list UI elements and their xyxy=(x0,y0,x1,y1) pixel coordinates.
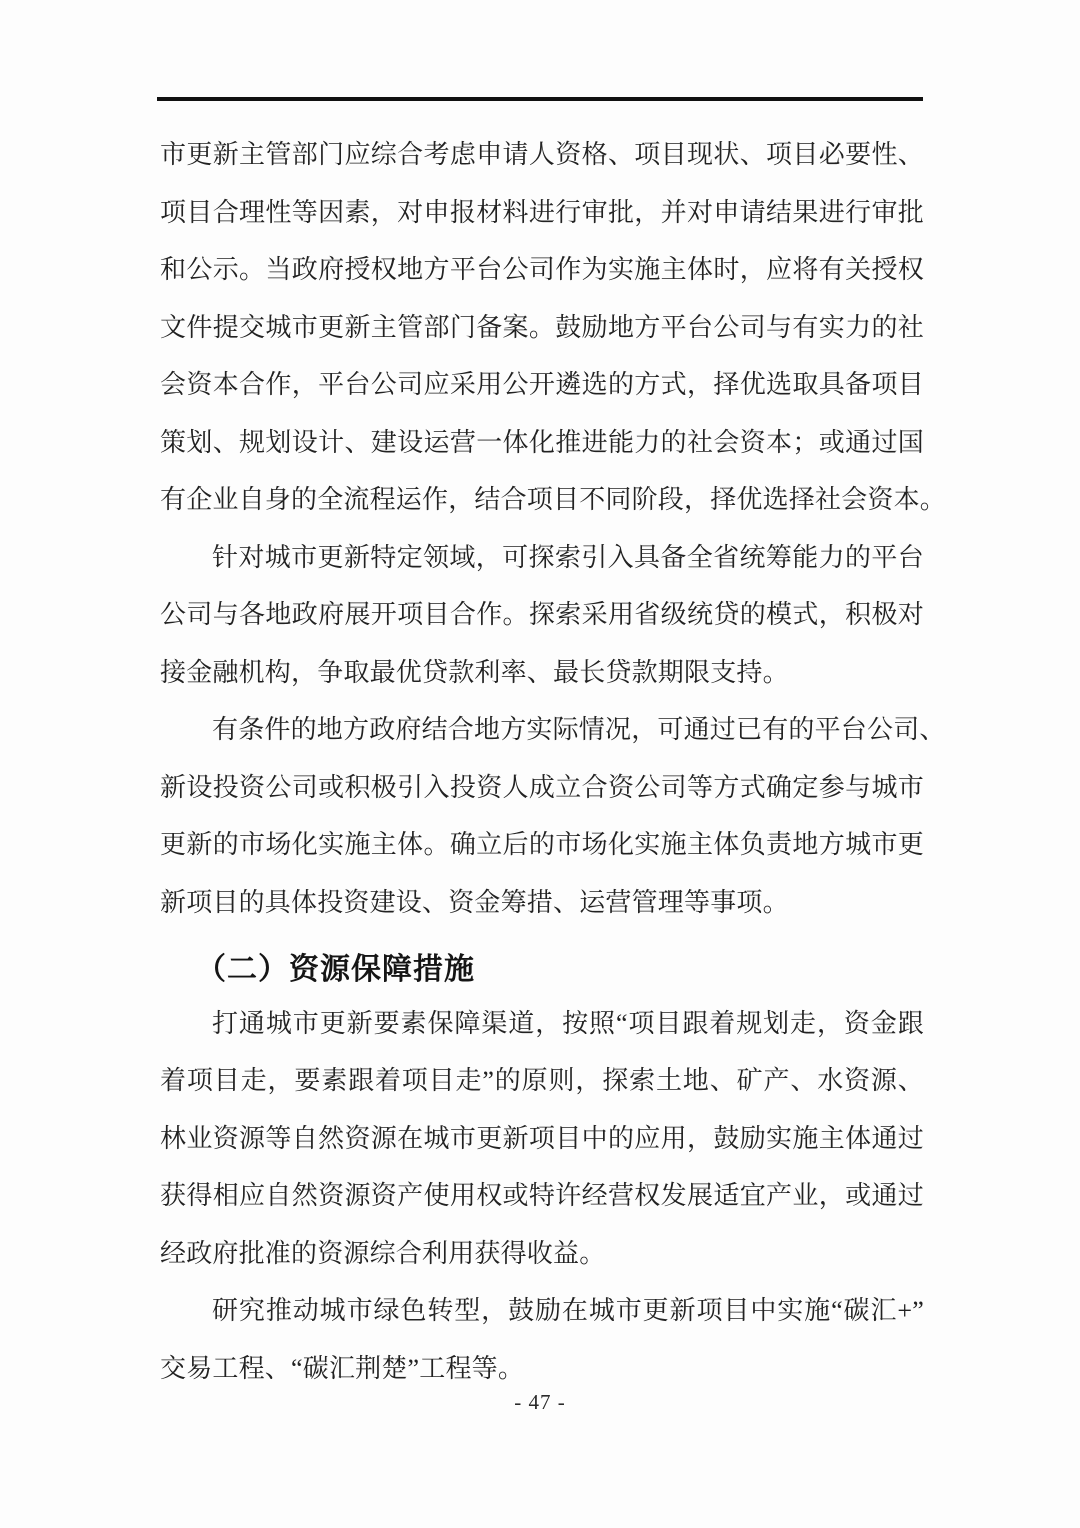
text-line: 和公示。当政府授权地方平台公司作为实施主体时，应将有关授权 xyxy=(160,241,924,299)
text-line: 针对城市更新特定领域，可探索引入具备全省统筹能力的平台 xyxy=(160,529,924,587)
text-line: 项目合理性等因素，对申报材料进行审批，并对申请结果进行审批 xyxy=(160,184,924,242)
text-line: 获得相应自然资源资产使用权或特许经营权发展适宜产业，或通过 xyxy=(160,1167,924,1225)
text-line: 有企业自身的全流程运作，结合项目不同阶段，择优选择社会资本。 xyxy=(160,471,924,529)
page-number: - 47 - xyxy=(0,1390,1080,1415)
text-line: 策划、规划设计、建设运营一体化推进能力的社会资本；或通过国 xyxy=(160,414,924,472)
text-line: 研究推动城市绿色转型，鼓励在城市更新项目中实施“碳汇+” xyxy=(160,1282,924,1340)
section-heading: （二）资源保障措施 xyxy=(160,941,924,999)
document-page: 市更新主管部门应综合考虑申请人资格、项目现状、项目必要性、项目合理性等因素，对申… xyxy=(0,0,1080,1528)
text-line: 有条件的地方政府结合地方实际情况，可通过已有的平台公司、 xyxy=(160,701,924,759)
text-line: 经政府批准的资源综合利用获得收益。 xyxy=(160,1225,924,1283)
text-line: 打通城市更新要素保障渠道，按照“项目跟着规划走，资金跟 xyxy=(160,995,924,1053)
text-line: 新设投资公司或积极引入投资人成立合资公司等方式确定参与城市 xyxy=(160,759,924,817)
text-line: 接金融机构，争取最优贷款利率、最长贷款期限支持。 xyxy=(160,644,924,702)
text-line: 更新的市场化实施主体。确立后的市场化实施主体负责地方城市更 xyxy=(160,816,924,874)
text-line: 着项目走，要素跟着项目走”的原则，探索土地、矿产、水资源、 xyxy=(160,1052,924,1110)
text-line: 文件提交城市更新主管部门备案。鼓励地方平台公司与有实力的社 xyxy=(160,299,924,357)
text-line: 市更新主管部门应综合考虑申请人资格、项目现状、项目必要性、 xyxy=(160,126,924,184)
document-body: 市更新主管部门应综合考虑申请人资格、项目现状、项目必要性、项目合理性等因素，对申… xyxy=(160,126,924,1397)
text-line: 新项目的具体投资建设、资金筹措、运营管理等事项。 xyxy=(160,874,924,932)
text-line: 交易工程、“碳汇荆楚”工程等。 xyxy=(160,1340,924,1398)
header-rule xyxy=(157,97,923,101)
text-line: 林业资源等自然资源在城市更新项目中的应用，鼓励实施主体通过 xyxy=(160,1110,924,1168)
text-line: 会资本合作，平台公司应采用公开遴选的方式，择优选取具备项目 xyxy=(160,356,924,414)
text-line: 公司与各地政府展开项目合作。探索采用省级统贷的模式，积极对 xyxy=(160,586,924,644)
